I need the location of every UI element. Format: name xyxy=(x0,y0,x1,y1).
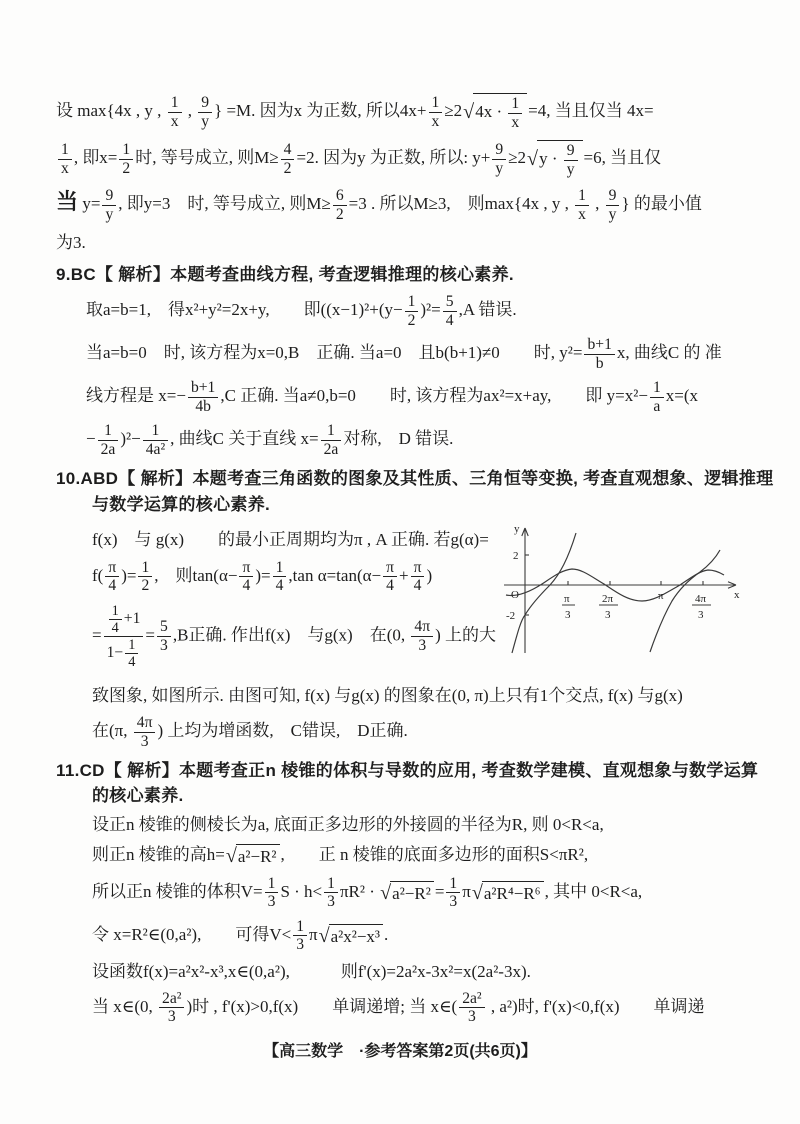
math-line: 则正n 棱锥的高h=√a²−R², 正 n 棱锥的底面多边形的面积S<πR², xyxy=(92,844,748,868)
math-line: 令 x=R²∈(0,a²), 可得V<13π√a²x²−x³. xyxy=(92,918,748,954)
math-line: 所以正n 棱锥的体积V=13S · h<13πR² · √a²−R²=13π√a… xyxy=(92,875,748,911)
graph-tick-neg2: -2 xyxy=(506,610,515,622)
graph-tick-pi3-num: π xyxy=(564,593,570,605)
graph-y-label: y xyxy=(514,523,520,535)
graph-tick-2: 2 xyxy=(513,550,519,562)
math-line: 当a=b=0 时, 该方程为x=0,B 正确. 当a=0 且b(b+1)≠0 时… xyxy=(86,336,748,372)
text-line: 致图象, 如图所示. 由图可知, f(x) 与g(x) 的图象在(0, π)上只… xyxy=(92,685,748,707)
math-line: 1x, 即x=12时, 等号成立, 则M≥42=2. 因为y 为正数, 所以: … xyxy=(56,140,748,178)
math-line: f(x) 与 g(x) 的最小正周期均为π , A 正确. 若g(α)= xyxy=(92,529,494,551)
graph-x-label: x xyxy=(734,589,740,601)
answer-sheet-page: 设 max{4x , y , 1x , 9y} =M. 因为x 为正数, 所以4… xyxy=(0,0,800,1124)
question-11-header-cont: 的核心素养. xyxy=(92,785,748,807)
text-line: 设函数f(x)=a²x²-x³,x∈(0,a²), 则f'(x)=2a²x-3x… xyxy=(92,961,748,983)
math-line: 当 x∈(0, 2a²3)时 , f'(x)>0,f(x) 单调递增; 当 x∈… xyxy=(92,990,748,1026)
math-line: 取a=b=1, 得x²+y²=2x+y, 即((x−1)²+(y−12)²=54… xyxy=(86,293,748,329)
graph-tick-4pi3-num: 4π xyxy=(695,593,707,605)
math-line: 线方程是 x=−b+14b,C 正确. 当a≠0,b=0 时, 该方程为ax²=… xyxy=(86,379,748,415)
question-11-header: 11.CD【 解析】本题考查正n 棱锥的体积与导数的应用, 考查数学建模、直观想… xyxy=(56,760,748,782)
graph-tick-2pi3-den: 3 xyxy=(605,609,611,621)
graph-tick-pi3-den: 3 xyxy=(565,609,571,621)
question-8-solution: 设 max{4x , y , 1x , 9y} =M. 因为x 为正数, 所以4… xyxy=(56,93,748,254)
math-line: 当 y=9y, 即y=3 时, 等号成立, 则M≥62=3 . 所以M≥3, 则… xyxy=(56,187,748,223)
page-footer: 【高三数学 ·参考答案第2页(共6页)】 xyxy=(0,1042,800,1063)
question-10-header: 10.ABD【 解析】本题考查三角函数的图象及其性质、三角恒等变换, 考查直观想… xyxy=(56,468,748,490)
question-11-solution: 11.CD【 解析】本题考查正n 棱锥的体积与导数的应用, 考查数学建模、直观想… xyxy=(56,760,748,1026)
math-line: 设 max{4x , y , 1x , 9y} =M. 因为x 为正数, 所以4… xyxy=(56,93,748,131)
function-graph: y 2 O -2 x π 3 2π 3 π 4π 3 xyxy=(498,521,748,665)
graph-tick-2pi3-num: 2π xyxy=(602,593,614,605)
text-line: 设正n 棱锥的侧棱长为a, 底面正多边形的外接圆的半径为R, 则 0<R<a, xyxy=(92,814,748,836)
graph-tick-pi: π xyxy=(658,590,664,602)
math-line: =14+11−14=53,B正确. 作出f(x) 与g(x) 在(0, 4π3)… xyxy=(92,603,494,670)
math-line: f(π4)=12, 则tan(α−π4)=14,tan α=tan(α−π4+π… xyxy=(92,559,494,595)
graph-tick-4pi3-den: 3 xyxy=(698,609,704,621)
graph-origin-label: O xyxy=(511,589,519,601)
trig-graph-svg: y 2 O -2 x π 3 2π 3 π 4π 3 xyxy=(498,521,746,659)
question-10-solution: 10.ABD【 解析】本题考查三角函数的图象及其性质、三角恒等变换, 考查直观想… xyxy=(56,468,748,750)
math-line: −12a)²−14a², 曲线C 关于直线 x=12a对称, D 错误. xyxy=(86,422,748,458)
question-9-header: 9.BC【 解析】本题考查曲线方程, 考查逻辑推理的核心素养. xyxy=(56,264,748,286)
math-line: 为3. xyxy=(56,232,748,254)
question-10-header-cont: 与数学运算的核心素养. xyxy=(92,494,748,516)
question-9-solution: 9.BC【 解析】本题考查曲线方程, 考查逻辑推理的核心素养. 取a=b=1, … xyxy=(56,264,748,458)
math-line: 在(π, 4π3) 上均为增函数, C错误, D正确. xyxy=(92,714,748,750)
